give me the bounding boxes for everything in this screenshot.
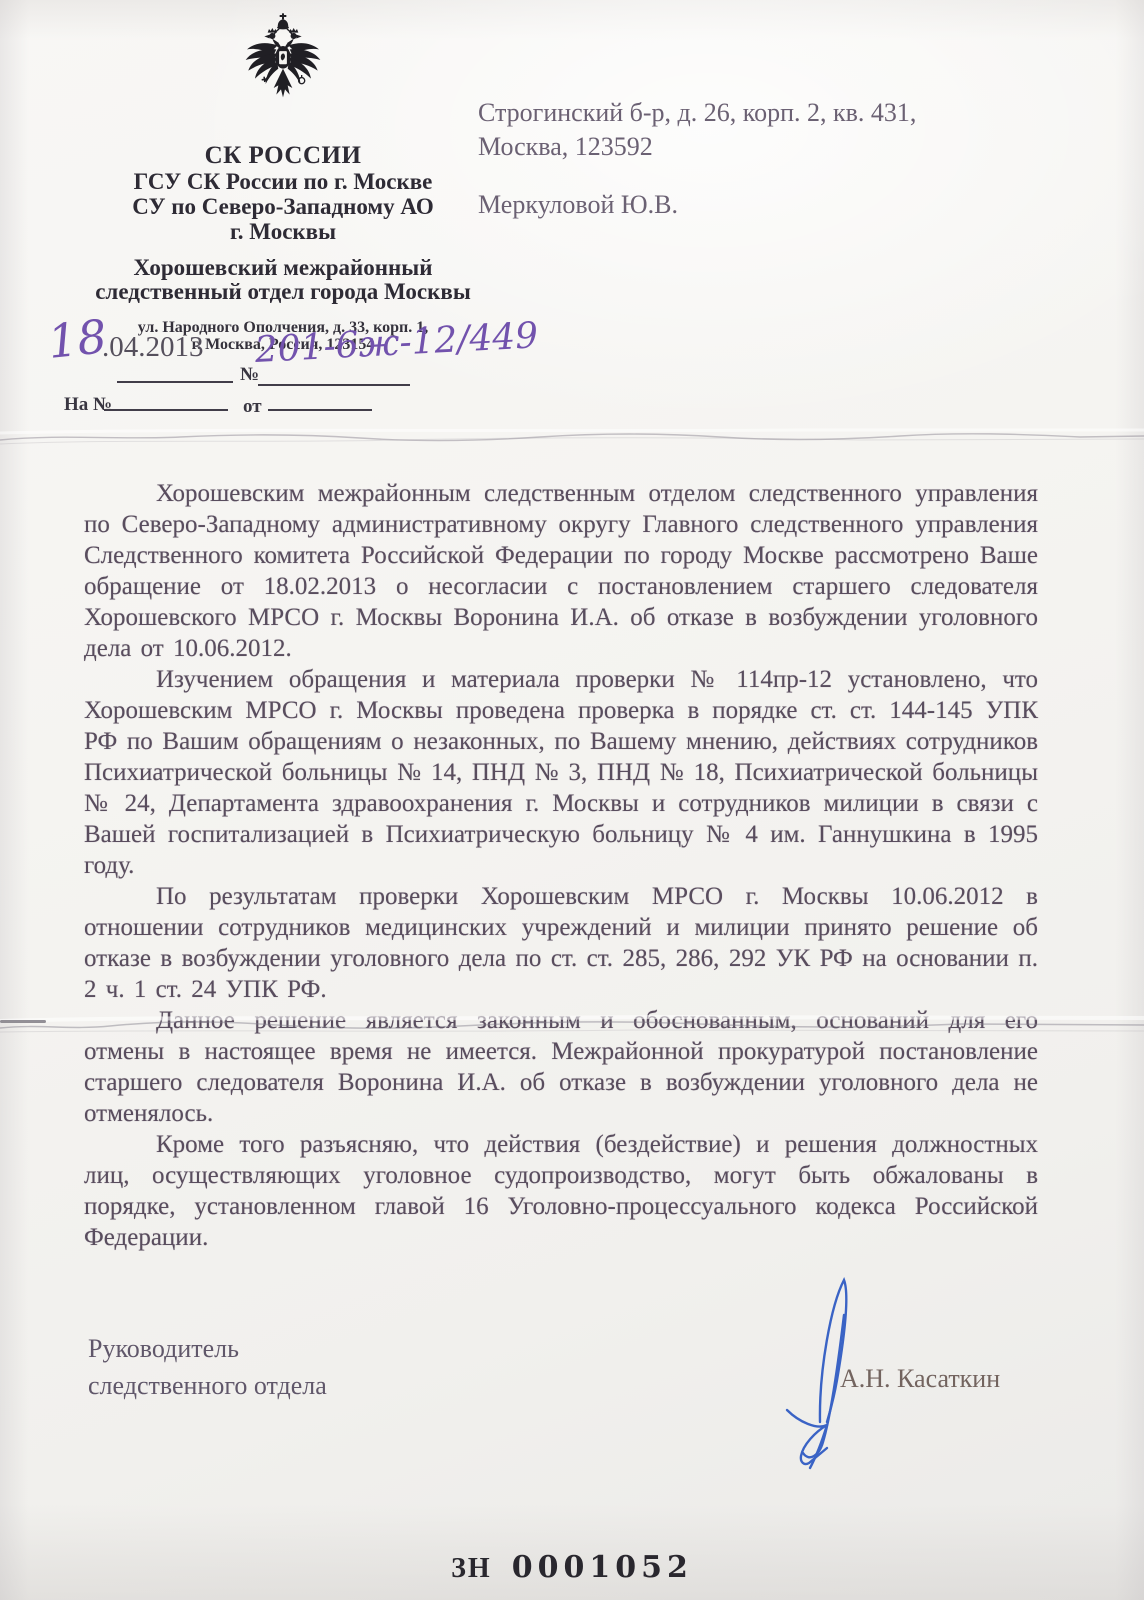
recipient-block: Строгинский б-р, д. 26, корп. 2, кв. 431… [478, 96, 998, 222]
paper-crease-mark [0, 1020, 46, 1023]
reply-date-label: от [243, 396, 262, 418]
reply-number-label: На № [64, 394, 112, 416]
org-name-line: СК РОССИИ [40, 142, 526, 169]
department-name-line: Хорошевский межрайонный [40, 256, 526, 280]
scanned-letter-page: СК РОССИИ ГСУ СК России по г. Москве СУ … [0, 0, 1144, 1600]
body-paragraph: Кроме того разъясняю, что действия (безд… [84, 1129, 1038, 1253]
handwritten-date-day: 18 [45, 309, 109, 369]
blank-line [268, 409, 372, 411]
paper-crease [0, 424, 1144, 460]
body-paragraph: По результатам проверки Хорошевским МРСО… [84, 881, 1038, 1005]
letter-body: Хорошевским межрайонным следственным отд… [84, 478, 1038, 1253]
signatory-title: Руководитель следственного отдела [88, 1330, 327, 1404]
form-number-digits: 0001052 [512, 1550, 693, 1585]
body-paragraph: Хорошевским межрайонным следственным отд… [84, 478, 1038, 664]
department-name-line: следственный отдел города Москвы [40, 280, 526, 304]
recipient-address-line: Москва, 123592 [478, 130, 998, 164]
coat-of-arms-icon [243, 12, 323, 108]
blank-line [117, 381, 233, 383]
org-name-line: ГСУ СК России по г. Москве [40, 169, 526, 194]
body-paragraph: Изучением обращения и материала проверки… [84, 664, 1038, 881]
signatory-name: А.Н. Касаткин [840, 1364, 1000, 1394]
form-number-series: ЗН [451, 1553, 492, 1584]
org-name-line: г. Москвы [40, 219, 526, 244]
org-name-line: СУ по Северо-Западному АО [40, 194, 526, 219]
signatory-title-line: следственного отдела [88, 1367, 327, 1404]
blank-line [104, 409, 228, 411]
printed-date: .04.2013 [102, 331, 204, 364]
recipient-address-line: Строгинский б-р, д. 26, корп. 2, кв. 431… [478, 96, 998, 130]
recipient-name: Меркуловой Ю.В. [478, 188, 998, 222]
signatory-title-line: Руководитель [88, 1330, 327, 1367]
form-number: ЗН0001052 [0, 1550, 1144, 1585]
body-paragraph: Данное решение является законным и обосн… [84, 1005, 1038, 1129]
blank-line [258, 384, 410, 386]
